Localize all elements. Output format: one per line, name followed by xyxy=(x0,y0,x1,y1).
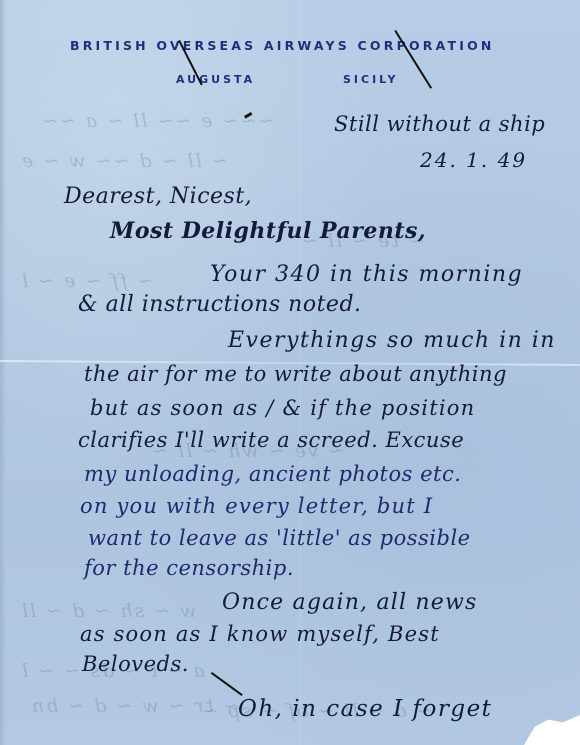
body-line: Oh, in case I forget xyxy=(238,696,492,722)
body-line: as soon as I know myself, Best xyxy=(80,622,440,646)
body-line: & all instructions noted. xyxy=(78,292,362,317)
body-line: Your 340 in this morning xyxy=(210,262,523,287)
bleed-through-text: ~ ll ~ d ~~ w ~ e xyxy=(20,150,228,172)
salutation-line-2: Most Delightful Parents, xyxy=(110,218,426,244)
status-note: Still without a ship xyxy=(334,112,545,136)
paper-edge xyxy=(0,0,6,745)
letterhead-region: SICILY xyxy=(343,73,398,86)
bleed-through-text: ~~~ e ~~ ll ~ a ~~ xyxy=(40,110,274,132)
body-line: my unloading, ancient photos etc. xyxy=(84,462,461,486)
salutation-line-1: Dearest, Nicest, xyxy=(64,184,252,209)
pen-stroke-mark xyxy=(211,672,243,696)
body-line: want to leave as 'little' as possible xyxy=(88,526,471,550)
letterhead-company: BRITISH OVERSEAS AIRWAYS CORPORATION xyxy=(70,38,580,53)
torn-corner xyxy=(510,715,580,745)
letterhead-city: AUGUSTA xyxy=(176,73,255,86)
bleed-through-text: ~ ff ~ e ~ l xyxy=(20,270,153,292)
letter-date: 24. 1. 49 xyxy=(420,148,527,172)
body-line: Once again, all news xyxy=(222,590,478,615)
body-line: Beloveds. xyxy=(82,652,189,676)
body-line: clarifies I'll write a screed. Excuse xyxy=(78,428,464,452)
bleed-through-text: w ~ sh ~ d ~ ll xyxy=(20,600,197,622)
body-line: Everythings so much in in xyxy=(228,328,556,353)
letter-page: ~~~ e ~~ ll ~ a ~~ ~ ll ~ d ~~ w ~ e ~ t… xyxy=(0,0,580,745)
body-line: the air for me to write about anything xyxy=(84,362,507,386)
body-line: but as soon as / & if the position xyxy=(90,396,475,420)
body-line: for the censorship. xyxy=(84,556,294,580)
body-line: on you with every letter, but I xyxy=(80,494,433,518)
